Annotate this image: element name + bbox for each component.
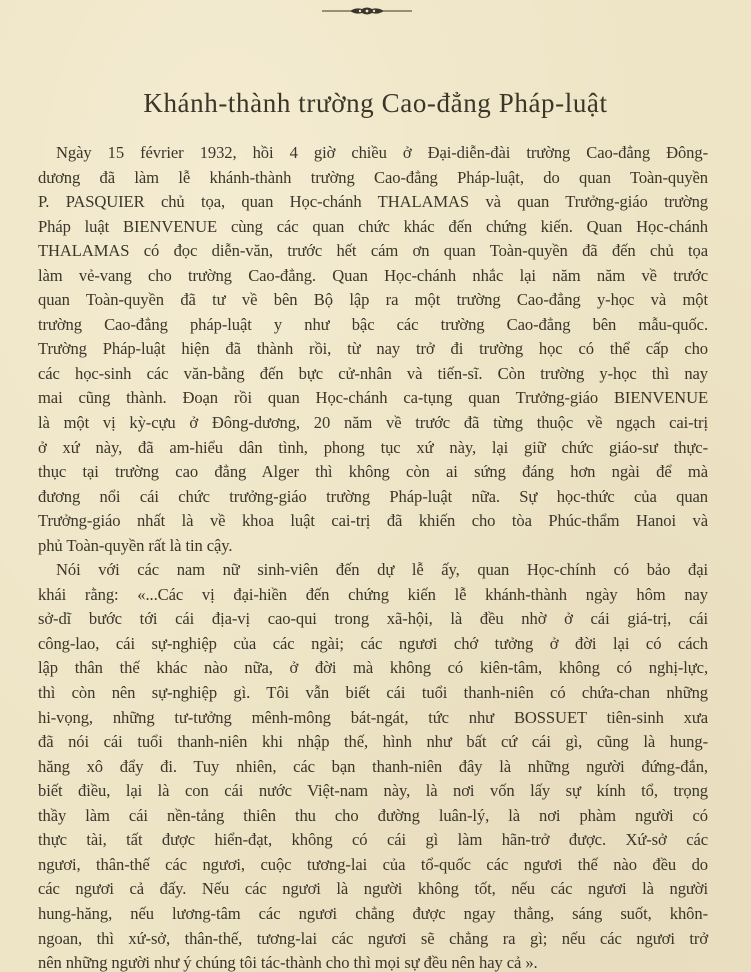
text-line: thực tài, tất được hiển-đạt, không có cá… — [38, 828, 708, 853]
page-title: Khánh-thành trường Cao-đẳng Pháp-luật — [0, 88, 751, 119]
text-line: phủ Toàn-quyền rất là tin cậy. — [38, 534, 708, 559]
text-line: sở-dĩ bước tới cái địa-vị cao-qui trong … — [38, 607, 708, 632]
text-line: công-lao, cái sự-nghiệp của các ngài; cá… — [38, 632, 708, 657]
text-line: ngươi, thân-thế các ngươi, cuộc tương-la… — [38, 853, 708, 878]
text-line: nên những người như ý chúng tôi tác-thàn… — [38, 951, 708, 972]
decorative-rule-icon — [322, 6, 412, 16]
text-line: Trường Pháp-luật hiện đã thành rồi, từ n… — [38, 337, 708, 362]
text-line: Ngày 15 février 1932, hồi 4 giờ chiều ở … — [38, 141, 708, 166]
text-line: các học-sinh các văn-bằng đến bực cử-nhâ… — [38, 362, 708, 387]
text-line: các ngươi cả đấy. Nếu các ngươi là người… — [38, 877, 708, 902]
text-line: THALAMAS có đọc diễn-văn, trước hết cám … — [38, 239, 708, 264]
text-line: hăng xô đẩy đi. Tuy nhiên, các bạn thanh… — [38, 755, 708, 780]
text-line: lập thân thế khác nào nữa, ở đời mà khôn… — [38, 656, 708, 681]
text-line: Trưởng-giáo nhất là về khoa luật cai-trị… — [38, 509, 708, 534]
text-line: biết điều, lại là con cái nước Việt-nam … — [38, 779, 708, 804]
text-line: dương đã làm lễ khánh-thành trường Cao-đ… — [38, 166, 708, 191]
paragraph-2: Nói với các nam nữ sinh-viên đến dự lễ ấ… — [38, 558, 708, 972]
text-line: hung-hăng, nếu lương-tâm các ngươi chẳng… — [38, 902, 708, 927]
text-line: P. PASQUIER chủ tọa, quan Học-chánh THAL… — [38, 190, 708, 215]
paragraph-1: Ngày 15 février 1932, hồi 4 giờ chiều ở … — [38, 141, 708, 558]
text-line: thầy làm cái nền-tảng thiên thu cho đườn… — [38, 804, 708, 829]
text-line: đã nói cái tuổi thanh-niên khi nhập thế,… — [38, 730, 708, 755]
text-line: khái rằng: «...Các vị đại-hiền đến chứng… — [38, 583, 708, 608]
text-line: là một vị kỳ-cựu ở Đông-dương, 20 năm về… — [38, 411, 708, 436]
text-line: mai cũng thành. Đoạn rồi quan Học-chánh … — [38, 386, 708, 411]
article-body: Ngày 15 février 1932, hồi 4 giờ chiều ở … — [38, 141, 708, 972]
text-line: thì còn nên sự-nghiệp gì. Tôi vẫn biết c… — [38, 681, 708, 706]
text-line: quan Toàn-quyền đã tư về bên Bộ lập ra m… — [38, 288, 708, 313]
text-line: thục tại trường cao đẳng Alger thì không… — [38, 460, 708, 485]
text-line: hi-vọng, những tư-tưởng mênh-mông bát-ng… — [38, 706, 708, 731]
text-line: làm vẻ-vang cho trường Cao-đẳng. Quan Họ… — [38, 264, 708, 289]
text-line: ngoan, thì xứ-sở, thân-thế, tương-lai cá… — [38, 927, 708, 952]
text-line: trường Cao-đẳng pháp-luật y như bậc các … — [38, 313, 708, 338]
text-line: Nói với các nam nữ sinh-viên đến dự lễ ấ… — [38, 558, 708, 583]
text-line: đương nổi cái chức trưởng-giáo trường Ph… — [38, 485, 708, 510]
text-line: ở xứ này, đã am-hiểu dân tình, phong tục… — [38, 436, 708, 461]
text-line: Pháp luật BIENVENUE cùng các quan chức k… — [38, 215, 708, 240]
